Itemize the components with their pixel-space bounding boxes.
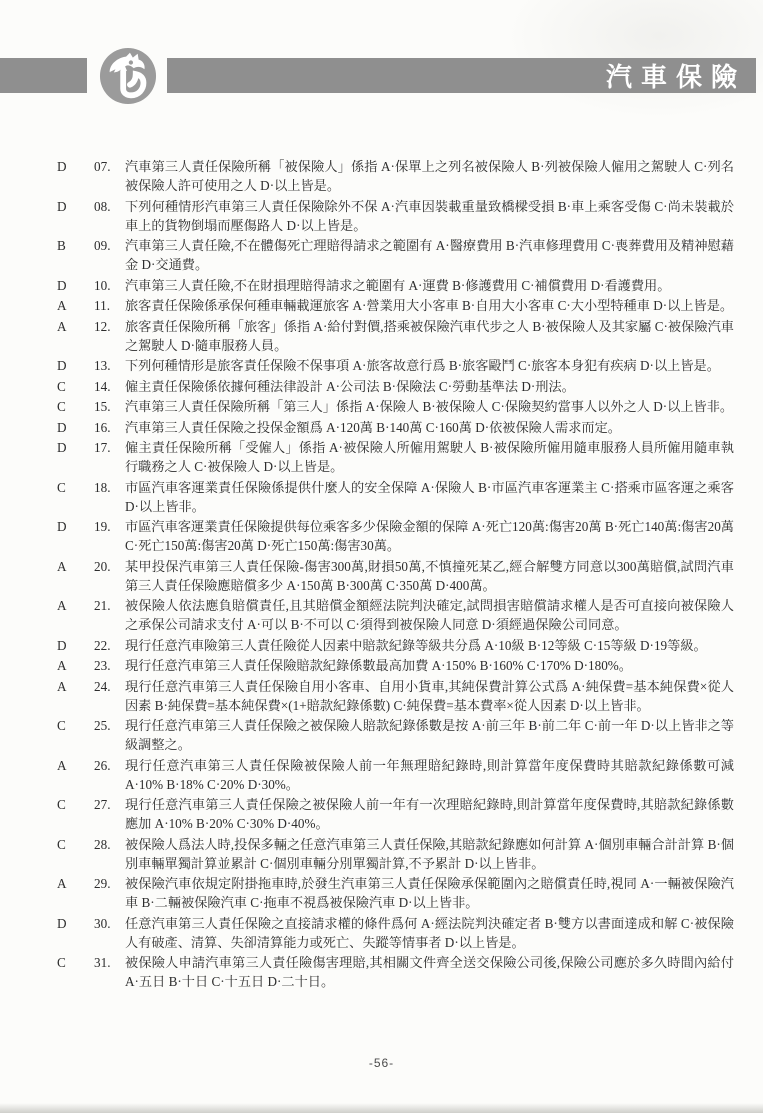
header-banner: 汽車保險 <box>167 58 756 93</box>
question-row: C 14. 僱主責任保險係依據何種法律設計 A·公司法 B·保險法 C·勞動基準… <box>57 377 734 396</box>
answer-letter: A <box>57 296 94 315</box>
question-number: 23. <box>94 656 125 675</box>
question-number: 10. <box>94 276 125 295</box>
answer-letter: A <box>57 317 94 355</box>
question-text: 市區汽車客運業責任保險係提供什麼人的安全保障 A·保險人 B·市區汽車客運業主 … <box>125 478 734 516</box>
question-text: 被保險人申請汽車第三人責任險傷害理賠,其相關文件齊全送交保險公司後,保險公司應於… <box>125 953 734 991</box>
question-row: D 08. 下列何種情形汽車第三人責任保險除外不保 A·汽車因裝載重量致橋樑受損… <box>57 197 734 235</box>
scan-edge <box>0 1103 763 1113</box>
question-row: A 26. 現行任意汽車第三人責任保險被保險人前一年無理賠紀錄時,則計算當年度保… <box>57 756 734 794</box>
answer-letter: A <box>57 656 94 675</box>
question-number: 12. <box>94 317 125 355</box>
answer-letter: D <box>57 636 94 655</box>
header-banner-left <box>0 58 87 93</box>
answer-letter: D <box>57 517 94 555</box>
question-row: A 23. 現行任意汽車第三人責任保險賠款紀錄係數最高加費 A·150% B·1… <box>57 656 734 675</box>
question-text: 汽車第三人責任保險所稱「第三人」係指 A·保險人 B·被保險人 C·保險契約當事… <box>125 397 734 416</box>
question-text: 被保險人依法應負賠償責任,且其賠償金額經法院判決確定,試問損害賠償請求權人是否可… <box>125 596 734 634</box>
question-text: 被保險汽車依規定附掛拖車時,於發生汽車第三人責任保險承保範圍內之賠償責任時,視同… <box>125 874 734 912</box>
question-row: A 11. 旅客責任保險係承保何種車輛載運旅客 A·營業用大小客車 B·自用大小… <box>57 296 734 315</box>
question-text: 現行任意汽車第三人責任保險之被保險人前一年有一次理賠紀錄時,則計算當年度保費時,… <box>125 795 734 833</box>
question-row: D 13. 下列何種情形是旅客責任保險不保事項 A·旅客故意行爲 B·旅客毆鬥 … <box>57 356 734 375</box>
question-number: 20. <box>94 557 125 595</box>
answer-letter: C <box>57 795 94 833</box>
question-number: 29. <box>94 874 125 912</box>
question-text: 被保險人爲法人時,投保多輛之任意汽車第三人責任保險,其賠款紀錄應如何計算 A·個… <box>125 835 734 873</box>
question-number: 24. <box>94 677 125 715</box>
question-number: 16. <box>94 418 125 437</box>
answer-letter: C <box>57 478 94 516</box>
answer-letter: D <box>57 276 94 295</box>
question-row: C 31. 被保險人申請汽車第三人責任險傷害理賠,其相關文件齊全送交保險公司後,… <box>57 953 734 991</box>
question-row: D 16. 汽車第三人責任保險之投保金額爲 A·120萬 B·140萬 C·16… <box>57 418 734 437</box>
question-list: D 07. 汽車第三人責任保險所稱「被保險人」係指 A·保單上之列名被保險人 B… <box>57 157 734 993</box>
question-row: C 27. 現行任意汽車第三人責任保險之被保險人前一年有一次理賠紀錄時,則計算當… <box>57 795 734 833</box>
question-text: 現行任意汽車險第三人責任險從人因素中賠款紀錄等級共分爲 A·10級 B·12等級… <box>125 636 734 655</box>
question-number: 31. <box>94 953 125 991</box>
answer-letter: C <box>57 397 94 416</box>
answer-letter: A <box>57 874 94 912</box>
question-number: 17. <box>94 438 125 476</box>
question-text: 旅客責任保險係承保何種車輛載運旅客 A·營業用大小客車 B·自用大小客車 C·大… <box>125 296 734 315</box>
question-number: 21. <box>94 596 125 634</box>
answer-letter: D <box>57 356 94 375</box>
question-row: D 17. 僱主責任保險所稱「受僱人」係指 A·被保險人所僱用駕駛人 B·被保險… <box>57 438 734 476</box>
question-number: 18. <box>94 478 125 516</box>
question-number: 26. <box>94 756 125 794</box>
answer-letter: D <box>57 197 94 235</box>
question-text: 下列何種情形是旅客責任保險不保事項 A·旅客故意行爲 B·旅客毆鬥 C·旅客本身… <box>125 356 734 375</box>
answer-letter: D <box>57 914 94 952</box>
question-row: A 12. 旅客責任保險所稱「旅客」係指 A·給付對價,搭乘被保險汽車代步之人 … <box>57 317 734 355</box>
question-number: 25. <box>94 716 125 754</box>
answer-letter: C <box>57 716 94 754</box>
question-number: 27. <box>94 795 125 833</box>
question-number: 30. <box>94 914 125 952</box>
question-row: D 30. 任意汽車第三人責任保險之直接請求權的條件爲何 A·經法院判決確定者 … <box>57 914 734 952</box>
question-number: 14. <box>94 377 125 396</box>
question-row: C 28. 被保險人爲法人時,投保多輛之任意汽車第三人責任保險,其賠款紀錄應如何… <box>57 835 734 873</box>
question-text: 汽車第三人責任險,不在財損理賠得請求之範圍有 A·運費 B·修護費用 C·補償費… <box>125 276 734 295</box>
question-row: D 22. 現行任意汽車險第三人責任險從人因素中賠款紀錄等級共分爲 A·10級 … <box>57 636 734 655</box>
dragon-logo-icon <box>99 47 157 105</box>
answer-letter: A <box>57 756 94 794</box>
question-row: A 29. 被保險汽車依規定附掛拖車時,於發生汽車第三人責任保險承保範圍內之賠償… <box>57 874 734 912</box>
question-text: 某甲投保汽車第三人責任保險-傷害300萬,財損50萬,不慎撞死某乙,經合解雙方同… <box>125 557 734 595</box>
question-row: A 21. 被保險人依法應負賠償責任,且其賠償金額經法院判決確定,試問損害賠償請… <box>57 596 734 634</box>
question-text: 汽車第三人責任險,不在體傷死亡理賠得請求之範圍有 A·醫療費用 B·汽車修理費用… <box>125 236 734 274</box>
answer-letter: C <box>57 377 94 396</box>
question-text: 僱主責任保險係依據何種法律設計 A·公司法 B·保險法 C·勞動基準法 D·刑法… <box>125 377 734 396</box>
question-row: A 24. 現行任意汽車第三人責任保險自用小客車、自用小貨車,其純保費計算公式爲… <box>57 677 734 715</box>
answer-letter: C <box>57 835 94 873</box>
question-text: 旅客責任保險所稱「旅客」係指 A·給付對價,搭乘被保險汽車代步之人 B·被保險人… <box>125 317 734 355</box>
question-text: 現行任意汽車第三人責任保險之被保險人賠款紀錄係數是按 A·前三年 B·前二年 C… <box>125 716 734 754</box>
answer-letter: A <box>57 677 94 715</box>
question-row: B 09. 汽車第三人責任險,不在體傷死亡理賠得請求之範圍有 A·醫療費用 B·… <box>57 236 734 274</box>
answer-letter: C <box>57 953 94 991</box>
question-number: 19. <box>94 517 125 555</box>
answer-letter: D <box>57 418 94 437</box>
question-text: 現行任意汽車第三人責任保險被保險人前一年無理賠紀錄時,則計算當年度保費時其賠款紀… <box>125 756 734 794</box>
question-row: D 10. 汽車第三人責任險,不在財損理賠得請求之範圍有 A·運費 B·修護費用… <box>57 276 734 295</box>
question-number: 28. <box>94 835 125 873</box>
question-text: 僱主責任保險所稱「受僱人」係指 A·被保險人所僱用駕駛人 B·被保險所僱用隨車服… <box>125 438 734 476</box>
question-row: C 15. 汽車第三人責任保險所稱「第三人」係指 A·保險人 B·被保險人 C·… <box>57 397 734 416</box>
question-text: 現行任意汽車第三人責任保險自用小客車、自用小貨車,其純保費計算公式爲 A·純保費… <box>125 677 734 715</box>
answer-letter: D <box>57 438 94 476</box>
page-number: -56- <box>0 1056 763 1070</box>
question-number: 15. <box>94 397 125 416</box>
question-text: 現行任意汽車第三人責任保險賠款紀錄係數最高加費 A·150% B·160% C·… <box>125 656 734 675</box>
question-text: 市區汽車客運業責任保險提供每位乘客多少保險金額的保障 A·死亡120萬:傷害20… <box>125 517 734 555</box>
question-number: 13. <box>94 356 125 375</box>
question-number: 11. <box>94 296 125 315</box>
question-number: 08. <box>94 197 125 235</box>
question-row: C 18. 市區汽車客運業責任保險係提供什麼人的安全保障 A·保險人 B·市區汽… <box>57 478 734 516</box>
question-text: 汽車第三人責任保險所稱「被保險人」係指 A·保單上之列名被保險人 B·列被保險人… <box>125 157 734 195</box>
answer-letter: B <box>57 236 94 274</box>
question-row: A 20. 某甲投保汽車第三人責任保險-傷害300萬,財損50萬,不慎撞死某乙,… <box>57 557 734 595</box>
page-title: 汽車保險 <box>606 57 746 94</box>
question-row: C 25. 現行任意汽車第三人責任保險之被保險人賠款紀錄係數是按 A·前三年 B… <box>57 716 734 754</box>
answer-letter: A <box>57 557 94 595</box>
question-text: 下列何種情形汽車第三人責任保險除外不保 A·汽車因裝載重量致橋樑受損 B·車上乘… <box>125 197 734 235</box>
answer-letter: D <box>57 157 94 195</box>
question-number: 22. <box>94 636 125 655</box>
question-text: 任意汽車第三人責任保險之直接請求權的條件爲何 A·經法院判決確定者 B·雙方以書… <box>125 914 734 952</box>
answer-letter: A <box>57 596 94 634</box>
question-row: D 07. 汽車第三人責任保險所稱「被保險人」係指 A·保單上之列名被保險人 B… <box>57 157 734 195</box>
question-text: 汽車第三人責任保險之投保金額爲 A·120萬 B·140萬 C·160萬 D·依… <box>125 418 734 437</box>
question-number: 09. <box>94 236 125 274</box>
question-number: 07. <box>94 157 125 195</box>
question-row: D 19. 市區汽車客運業責任保險提供每位乘客多少保險金額的保障 A·死亡120… <box>57 517 734 555</box>
